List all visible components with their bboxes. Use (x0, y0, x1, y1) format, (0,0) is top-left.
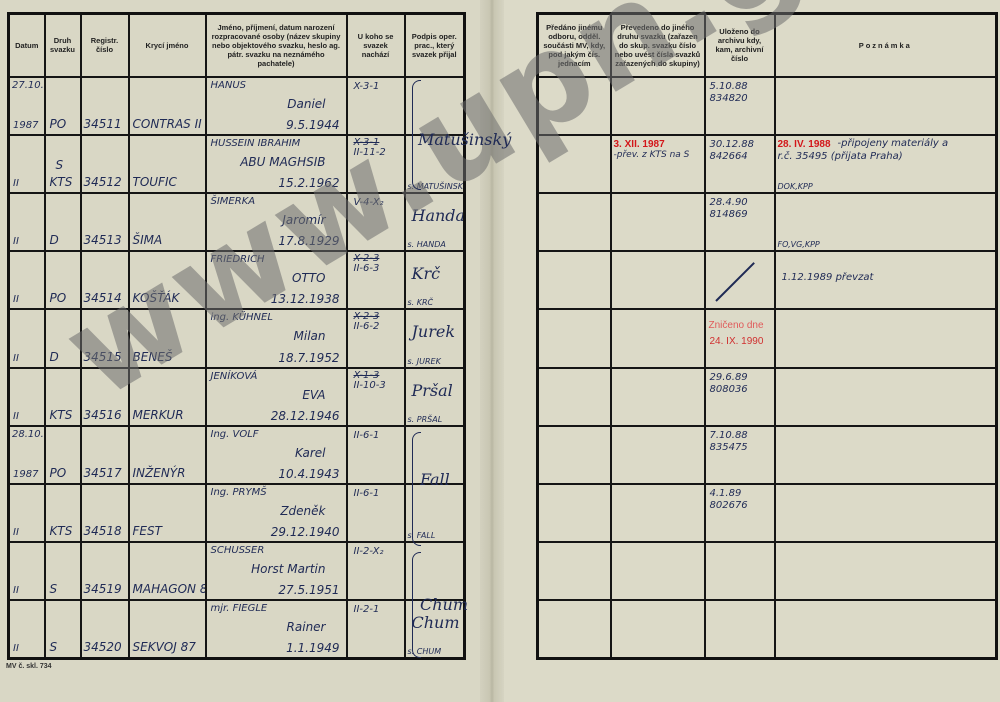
date-day: 27.10. (12, 80, 44, 91)
table-row: IIS34519MAHAGON 87SCHUSSERHorst Martin27… (9, 542, 465, 600)
cell-kryci: ŠIMA (129, 193, 206, 251)
cell-druh: D (45, 193, 81, 251)
signer-name: s. HANDA (408, 240, 446, 249)
cell-kryci: CONTRAS II (129, 77, 206, 135)
cell-predano (538, 426, 611, 484)
table-row (538, 600, 997, 658)
archive-number: 808036 (710, 384, 748, 395)
date-of-birth: 28.12.1946 (271, 409, 340, 423)
header-registr: Registr. číslo (81, 14, 129, 77)
location: II-6-1 (354, 430, 380, 441)
cell-predano (538, 368, 611, 426)
given-name: Daniel (287, 97, 325, 111)
cell-ukoho: X-3-1 (347, 77, 405, 135)
signer-name: s. JUREK (408, 357, 441, 366)
cell-poznamka (775, 368, 997, 426)
signature-fall: Fall (420, 470, 450, 489)
signature: Pršal (412, 381, 453, 400)
cell-ukoho: V-4-X₂ (347, 193, 405, 251)
cell-kryci: MERKUR (129, 368, 206, 426)
header-ukoho: U koho se svazek nachází (347, 14, 405, 77)
table-row: 28.4.90814869FO,VG,KPP (538, 193, 997, 251)
cell-registr: 34518 (81, 484, 129, 542)
cover-name: SEKVOJ 87 (133, 640, 196, 654)
druh: KTS (50, 524, 73, 538)
archive-number: 835475 (710, 442, 748, 453)
cell-jmeno: SCHUSSERHorst Martin27.5.1951 (206, 542, 347, 600)
archive-date: 28.4.90 (710, 197, 748, 208)
cell-datum: II (9, 542, 45, 600)
destroyed-date: 24. IX. 1990 (710, 336, 764, 347)
archive-date: 7.10.88 (710, 430, 748, 441)
cell-datum: 27.10.1987 (9, 77, 45, 135)
conversion-stamp: 3. XII. 1987 (614, 139, 665, 150)
table-row (538, 542, 997, 600)
surname: HANUS (211, 80, 247, 91)
cell-kryci: BENEŠ (129, 309, 206, 367)
location: II-11-2 (354, 147, 386, 158)
cell-poznamka (775, 426, 997, 484)
location: II-6-3 (354, 263, 380, 274)
cell-prevedeno (611, 426, 705, 484)
druh: S (50, 582, 58, 596)
cell-ulozeno: Zničeno dne24. IX. 1990 (705, 309, 775, 367)
note-text: 1.12.1989 převzat (782, 272, 874, 283)
registr-number: 34515 (84, 350, 122, 364)
date-of-birth: 15.2.1962 (278, 176, 339, 190)
cell-jmeno: HUSSEIN IBRAHIMABU MAGHSIB15.2.1962 (206, 135, 347, 193)
cell-kryci: MAHAGON 87 (129, 542, 206, 600)
cover-name: FEST (133, 524, 162, 538)
cell-druh: S (45, 542, 81, 600)
cell-predano (538, 542, 611, 600)
table-row: 28.10.1987PO34517INŽENÝRIng. VOLFKarel10… (9, 426, 465, 484)
surname: HUSSEIN IBRAHIM (211, 138, 301, 149)
note-footer: DOK,KPP (778, 182, 813, 191)
location: X-3-1 (354, 81, 380, 92)
cell-jmeno: ing. KÜHNELMilan18.7.1952 (206, 309, 347, 367)
cell-poznamka (775, 600, 997, 658)
cell-prevedeno (611, 193, 705, 251)
cell-registr: 34517 (81, 426, 129, 484)
signer-name: s. PRŠAL (408, 415, 443, 424)
cell-registr: 34516 (81, 368, 129, 426)
given-name: Milan (294, 329, 326, 343)
table-row: IISKTS34512TOUFICHUSSEIN IBRAHIMABU MAGH… (9, 135, 465, 193)
cell-datum: II (9, 484, 45, 542)
table-row: 5.10.88834820 (538, 77, 997, 135)
cell-jmeno: Ing. PRYMŠZdeněk29.12.1940 (206, 484, 347, 542)
archive-number: 842664 (710, 151, 748, 162)
archive-number: 802676 (710, 500, 748, 511)
cell-kryci: KOŠŤÁK (129, 251, 206, 309)
cell-registr: 34513 (81, 193, 129, 251)
header-kryci: Krycí jméno (129, 14, 206, 77)
cell-podpis: Handas. HANDA (405, 193, 465, 251)
druh: D (50, 233, 59, 247)
cell-registr: 34512 (81, 135, 129, 193)
cell-kryci: INŽENÝR (129, 426, 206, 484)
cell-ukoho: X-1-3II-10-3 (347, 368, 405, 426)
cell-druh: KTS (45, 484, 81, 542)
druh: PO (50, 466, 67, 480)
cell-ulozeno: 28.4.90814869 (705, 193, 775, 251)
cell-registr: 34520 (81, 600, 129, 658)
header-podpis: Podpis oper. prac., který svazek přijal (405, 14, 465, 77)
cell-poznamka: 1.12.1989 převzat (775, 251, 997, 309)
date-of-birth: 29.12.1940 (271, 525, 340, 539)
date-of-birth: 9.5.1944 (286, 118, 339, 132)
cell-ulozeno (705, 542, 775, 600)
cover-name: INŽENÝR (133, 466, 186, 480)
cell-prevedeno (611, 542, 705, 600)
cell-jmeno: ŠIMERKAJaromír17.8.1929 (206, 193, 347, 251)
archive-date: 30.12.88 (710, 139, 755, 150)
header-row: Datum Druh svazku Registr. číslo Krycí j… (9, 14, 465, 77)
cell-ulozeno: 30.12.88842664 (705, 135, 775, 193)
table-row: IIKTS34516MERKURJENÍKOVÁEVA28.12.1946X-1… (9, 368, 465, 426)
cell-druh: KTS (45, 368, 81, 426)
cell-ukoho: II-2-1 (347, 600, 405, 658)
signature-matusinsky: Matušinský (418, 130, 511, 149)
druh: S (50, 640, 58, 654)
cell-registr: 34514 (81, 251, 129, 309)
cell-poznamka: 28. IV. 1988-připojeny materiály ar.č. 3… (775, 135, 997, 193)
cell-predano (538, 77, 611, 135)
cell-jmeno: FRIEDRICHOTTO13.12.1938 (206, 251, 347, 309)
druh-top: S (56, 158, 64, 172)
date-year: 1987 (13, 469, 38, 480)
date-of-birth: 27.5.1951 (278, 583, 339, 597)
strike-line (715, 262, 755, 302)
cell-ukoho: X-2-3II-6-3 (347, 251, 405, 309)
cell-datum: II (9, 309, 45, 367)
date-of-birth: 18.7.1952 (278, 351, 339, 365)
druh: PO (50, 291, 67, 305)
cell-prevedeno: 3. XII. 1987-přev. z KTS na S (611, 135, 705, 193)
cell-podpis: Pršals. PRŠAL (405, 368, 465, 426)
cover-name: KOŠŤÁK (133, 291, 180, 305)
cell-druh: PO (45, 77, 81, 135)
table-row: 1.12.1989 převzat (538, 251, 997, 309)
druh: KTS (50, 175, 73, 189)
cover-name: CONTRAS II (133, 117, 202, 131)
cell-kryci: TOUFIC (129, 135, 206, 193)
location: II-2-X₂ (354, 546, 384, 557)
date-of-birth: 17.8.1929 (278, 234, 339, 248)
table-row: 29.6.89808036 (538, 368, 997, 426)
surname: ing. KÜHNEL (211, 312, 273, 323)
table-row: IID34515BENEŠing. KÜHNELMilan18.7.1952X-… (9, 309, 465, 367)
table-row: IIPO34514KOŠŤÁKFRIEDRICHOTTO13.12.1938X-… (9, 251, 465, 309)
cell-ulozeno: 7.10.88835475 (705, 426, 775, 484)
header-datum: Datum (9, 14, 45, 77)
cell-ukoho: II-6-1 (347, 484, 405, 542)
registr-number: 34517 (84, 466, 122, 480)
form-number: MV č. skl. 734 (6, 663, 52, 670)
cover-name: MAHAGON 87 (133, 582, 206, 596)
date-of-birth: 10.4.1943 (278, 467, 339, 481)
left-register-table: Datum Druh svazku Registr. číslo Krycí j… (7, 12, 466, 660)
cell-druh: S (45, 600, 81, 658)
table-row: 27.10.1987PO34511CONTRAS IIHANUSDaniel9.… (9, 77, 465, 135)
surname: Ing. VOLF (211, 429, 259, 440)
given-name: Horst Martin (251, 562, 325, 576)
date-year: 1987 (13, 120, 38, 131)
location: II-2-1 (354, 604, 380, 615)
cell-ulozeno: 29.6.89808036 (705, 368, 775, 426)
location: II-10-3 (354, 380, 386, 391)
archive-number: 814869 (710, 209, 748, 220)
date-of-birth: 13.12.1938 (271, 292, 340, 306)
cell-jmeno: HANUSDaniel9.5.1944 (206, 77, 347, 135)
location: II-6-2 (354, 321, 380, 332)
signer-name: s. KRČ (408, 298, 434, 307)
date-year: II (13, 585, 19, 596)
cell-datum: II (9, 368, 45, 426)
cover-name: TOUFIC (133, 175, 177, 189)
cell-prevedeno (611, 251, 705, 309)
archive-date: 29.6.89 (710, 372, 748, 383)
cell-predano (538, 193, 611, 251)
archive-date: 5.10.88 (710, 81, 748, 92)
registr-number: 34511 (84, 117, 122, 131)
registr-number: 34520 (84, 640, 122, 654)
cell-predano (538, 600, 611, 658)
cell-predano (538, 135, 611, 193)
cell-ulozeno (705, 600, 775, 658)
given-name: Karel (295, 446, 325, 460)
cell-prevedeno (611, 484, 705, 542)
signature: Jurek (412, 322, 456, 341)
cell-ulozeno: 4.1.89802676 (705, 484, 775, 542)
cell-ukoho: II-2-X₂ (347, 542, 405, 600)
registr-number: 34516 (84, 408, 122, 422)
surname: SCHUSSER (211, 545, 265, 556)
surname: Ing. PRYMŠ (211, 487, 267, 498)
note-text-line2: r.č. 35495 (přijata Praha) (778, 151, 903, 162)
cell-podpis: Jureks. JUREK (405, 309, 465, 367)
given-name: Jaromír (282, 213, 325, 227)
date-year: II (13, 294, 19, 305)
date-year: II (13, 353, 19, 364)
header-row: Předáno jinému odboru, odděl. součásti M… (538, 14, 997, 77)
registr-number: 34519 (84, 582, 122, 596)
given-name: EVA (302, 388, 325, 402)
cell-poznamka (775, 77, 997, 135)
destroyed-stamp: Zničeno dne (709, 320, 764, 331)
location: V-4-X₂ (354, 197, 384, 208)
date-year: II (13, 178, 19, 189)
cell-registr: 34515 (81, 309, 129, 367)
cell-jmeno: Ing. VOLFKarel10.4.1943 (206, 426, 347, 484)
note-text: -připojeny materiály a (838, 138, 949, 149)
table-row: IIS34520SEKVOJ 87mjr. FIEGLERainer1.1.19… (9, 600, 465, 658)
archive-date: 4.1.89 (710, 488, 742, 499)
cell-prevedeno (611, 368, 705, 426)
surname: JENÍKOVÁ (211, 371, 258, 382)
table-row: 7.10.88835475 (538, 426, 997, 484)
cell-poznamka: FO,VG,KPP (775, 193, 997, 251)
header-prevedeno: Převedeno do jiného druhu svazku (zařaze… (611, 14, 705, 77)
cell-jmeno: mjr. FIEGLERainer1.1.1949 (206, 600, 347, 658)
signature-chum: Chum (420, 595, 468, 614)
right-register-table: Předáno jinému odboru, odděl. součásti M… (536, 12, 998, 660)
registr-number: 34513 (84, 233, 122, 247)
signature: Handa (412, 206, 465, 225)
header-predano: Předáno jinému odboru, odděl. součásti M… (538, 14, 611, 77)
surname: ŠIMERKA (211, 196, 256, 207)
cell-prevedeno (611, 600, 705, 658)
cell-datum: II (9, 135, 45, 193)
cell-druh: PO (45, 251, 81, 309)
cell-jmeno: JENÍKOVÁEVA28.12.1946 (206, 368, 347, 426)
conversion-note: -přev. z KTS na S (614, 150, 702, 160)
cell-prevedeno (611, 77, 705, 135)
header-poznamka: Poznámka (775, 14, 997, 77)
cell-poznamka (775, 542, 997, 600)
cell-ukoho: II-6-1 (347, 426, 405, 484)
cell-kryci: FEST (129, 484, 206, 542)
cell-druh: PO (45, 426, 81, 484)
cell-ukoho: X-2-3II-6-2 (347, 309, 405, 367)
note-stamp: 28. IV. 1988 (778, 139, 831, 150)
table-row: 3. XII. 1987-přev. z KTS na S30.12.88842… (538, 135, 997, 193)
cover-name: BENEŠ (133, 350, 173, 364)
cell-predano (538, 484, 611, 542)
cell-predano (538, 309, 611, 367)
book-gutter (480, 0, 504, 702)
table-row: IIKTS34518FESTIng. PRYMŠZdeněk29.12.1940… (9, 484, 465, 542)
registr-number: 34512 (84, 175, 122, 189)
cell-druh: D (45, 309, 81, 367)
table-row: 4.1.89802676 (538, 484, 997, 542)
date-year: II (13, 643, 19, 654)
druh: KTS (50, 408, 73, 422)
brace-mark (412, 432, 421, 546)
date-year: II (13, 527, 19, 538)
druh: PO (50, 117, 67, 131)
cell-ulozeno: 5.10.88834820 (705, 77, 775, 135)
note-footer: FO,VG,KPP (778, 240, 820, 249)
registr-number: 34514 (84, 291, 122, 305)
surname: FRIEDRICH (211, 254, 265, 265)
cell-datum: II (9, 251, 45, 309)
cell-podpis: Krčs. KRČ (405, 251, 465, 309)
cell-ulozeno (705, 251, 775, 309)
cell-registr: 34519 (81, 542, 129, 600)
archive-number: 834820 (710, 93, 748, 104)
cell-ukoho: X-3-1II-11-2 (347, 135, 405, 193)
date-day: 28.10. (12, 429, 44, 440)
header-ulozeno: Uloženo do archivu kdy, kam, archivní čí… (705, 14, 775, 77)
cell-poznamka (775, 484, 997, 542)
date-year: II (13, 236, 19, 247)
druh: D (50, 350, 59, 364)
signature: Krč (412, 264, 441, 283)
cell-kryci: SEKVOJ 87 (129, 600, 206, 658)
cell-registr: 34511 (81, 77, 129, 135)
location: II-6-1 (354, 488, 380, 499)
cover-name: ŠIMA (133, 233, 163, 247)
cell-poznamka (775, 309, 997, 367)
given-name: OTTO (292, 271, 326, 285)
given-name: Zdeněk (280, 504, 325, 518)
cell-datum: 28.10.1987 (9, 426, 45, 484)
header-druh: Druh svazku (45, 14, 81, 77)
registr-number: 34518 (84, 524, 122, 538)
table-row: Zničeno dne24. IX. 1990 (538, 309, 997, 367)
cell-druh: SKTS (45, 135, 81, 193)
cell-prevedeno (611, 309, 705, 367)
cell-datum: II (9, 600, 45, 658)
header-jmeno: Jméno, příjmení, datum narození rozpraco… (206, 14, 347, 77)
date-of-birth: 1.1.1949 (286, 641, 339, 655)
surname: mjr. FIEGLE (211, 603, 268, 614)
cell-predano (538, 251, 611, 309)
given-name: Rainer (287, 620, 326, 634)
table-row: IID34513ŠIMAŠIMERKAJaromír17.8.1929V-4-X… (9, 193, 465, 251)
cell-datum: II (9, 193, 45, 251)
date-year: II (13, 411, 19, 422)
cover-name: MERKUR (133, 408, 184, 422)
given-name: ABU MAGHSIB (240, 155, 325, 169)
